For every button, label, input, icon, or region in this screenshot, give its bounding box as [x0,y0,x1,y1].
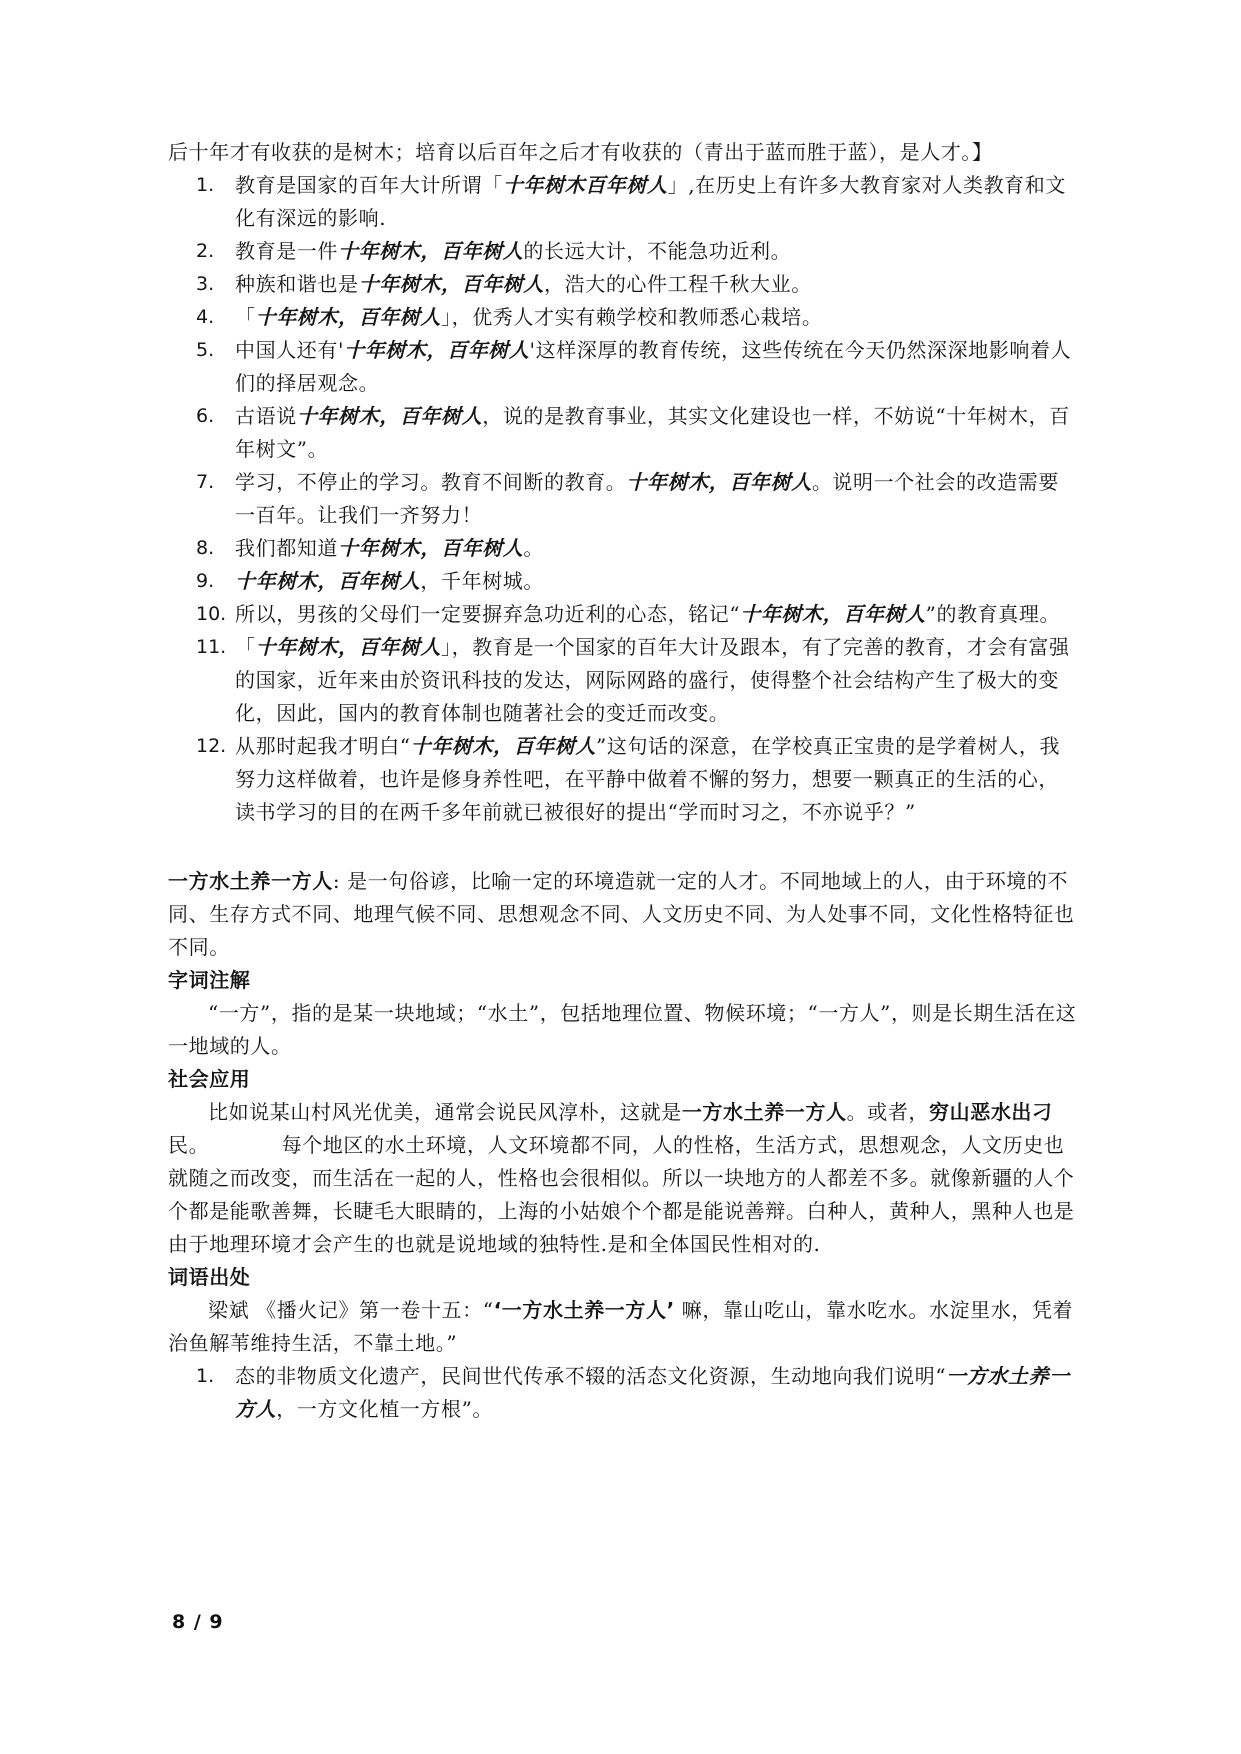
text-run: 态的非物质文化遗产，民间世代传承不辍的活态文化资源，生动地向我们说明“ [235,1364,946,1388]
text-run: ，浩大的心件工程千秋大业。 [544,272,812,296]
social-usage-paragraph: 比如说某山村风光优美，通常会说民风淳朴，这就是一方水土养一方人。或者，穷山恶水出… [168,1096,1078,1261]
list-item-text: 「十年树木，百年树人」，优秀人才实有赖学校和教师悉心栽培。 [235,305,822,329]
text-run: 十年树木，百年树人 [344,338,529,362]
tree-quote-list: 1.教育是国家的百年大计所谓「十年树木百年树人」,在历史上有许多大教育家对人类教… [168,169,1078,829]
text-run: 的长远大计，不能急功近利。 [523,239,791,263]
text-run: 十年树木，百年树人 [359,272,544,296]
list-item: 10.所以，男孩的父母们一定要摒弃急功近利的心态，铭记“十年树木，百年树人”的教… [168,598,1078,631]
list-item-text: 种族和谐也是十年树木，百年树人，浩大的心件工程千秋大业。 [235,272,812,296]
text-run: 学习，不停止的学习。教育不间断的教育。 [235,470,626,494]
text-run: 民。 每个地区的水土环境，人文环境都不同，人的性格，生活方式，思想观念，人文历史… [168,1133,1074,1256]
phrase-origin-paragraph: 梁斌 《播火记》第一卷十五：“‘一方水土养一方人’ 嘛，靠山吃山，靠水吃水。水淀… [168,1294,1078,1360]
list-item: 9.十年树木，百年树人，千年树城。 [168,565,1078,598]
list-item: 4.「十年树木，百年树人」，优秀人才实有赖学校和教师悉心栽培。 [168,301,1078,334]
text-run: ，一方文化植一方根”。 [276,1397,493,1421]
text-run: 中国人还有' [235,338,344,362]
list-item-number: 8. [196,532,214,565]
text-run: 所以，男孩的父母们一定要摒弃急功近利的心态，铭记“ [235,602,740,626]
text-run: 。或者， [847,1100,929,1124]
list-item-text: 从那时起我才明白“十年树木，百年树人”这句话的深意，在学校真正宝贵的是学着树人，… [235,734,1060,824]
list-item: 11.「十年树木，百年树人」，教育是一个国家的百年大计及跟本，有了完善的教育，才… [168,631,1078,730]
text-run: “一方”，指的是某一块地域；“水土”，包括地理位置、物候环境；“一方人”，则是长… [168,1001,1076,1058]
list-item-text: 学习，不停止的学习。教育不间断的教育。十年树木，百年树人。说明一个社会的改造需要… [235,470,1059,527]
list-item-number: 7. [196,466,214,499]
text-run: ‘一方水土养一方人’ [494,1298,675,1322]
list-item-number: 5. [196,334,214,367]
word-annotation-paragraph: “一方”，指的是某一块地域；“水土”，包括地理位置、物候环境；“一方人”，则是长… [168,997,1078,1063]
heading-phrase-origin: 词语出处 [168,1261,1078,1294]
text-run: 十年树木，百年树人 [256,635,441,659]
shuitu-definition-paragraph: 一方水土养一方人: 是一句俗谚，比喻一定的环境造就一定的人才。不同地域上的人，由… [168,865,1078,964]
text-run: 后十年才有收获的是树木；培育以后百年之后才有收获的（青出于蓝而胜于蓝），是人才。… [168,140,993,164]
list-item: 8.我们都知道十年树木，百年树人。 [168,532,1078,565]
text-run: 十年树木，百年树人 [411,734,596,758]
text-run: 一方水土养一方人 [682,1100,847,1124]
text-run: 种族和谐也是 [235,272,359,296]
list-item: 3.种族和谐也是十年树木，百年树人，浩大的心件工程千秋大业。 [168,268,1078,301]
text-run: 十年树木百年树人 [503,173,668,197]
list-item: 2.教育是一件十年树木，百年树人的长远大计，不能急功近利。 [168,235,1078,268]
text-run: 从那时起我才明白“ [235,734,411,758]
phrase-origin-list: 1.态的非物质文化遗产，民间世代传承不辍的活态文化资源，生动地向我们说明“一方水… [168,1360,1078,1426]
text-run: 「 [235,635,256,659]
list-item-text: 我们都知道十年树木，百年树人。 [235,536,544,560]
list-item-text: 十年树木，百年树人，千年树城。 [235,569,544,593]
text-run: ，千年树城。 [420,569,544,593]
list-item: 5.中国人还有'十年树木，百年树人'这样深厚的教育传统，这些传统在今天仍然深深地… [168,334,1078,400]
text-run: 十年树木，百年树人 [256,305,441,329]
list-item-text: 「十年树木，百年树人」，教育是一个国家的百年大计及跟本，有了完善的教育，才会有富… [235,635,1070,725]
list-item-number: 3. [196,268,214,301]
list-item: 1.教育是国家的百年大计所谓「十年树木百年树人」,在历史上有许多大教育家对人类教… [168,169,1078,235]
text-run: 比如说某山村风光优美，通常会说民风淳朴，这就是 [208,1100,682,1124]
text-run: 」，优秀人才实有赖学校和教师悉心栽培。 [441,305,822,329]
text-run: 我们都知道 [235,536,338,560]
heading-social-usage: 社会应用 [168,1063,1078,1096]
list-item-number: 10. [196,598,226,631]
list-item-number: 11. [196,631,226,664]
list-item-text: 态的非物质文化遗产，民间世代传承不辍的活态文化资源，生动地向我们说明“一方水土养… [235,1364,1070,1421]
text-run: 十年树木，百年树人 [338,536,523,560]
list-item-number: 4. [196,301,214,334]
text-run: 「 [235,305,256,329]
list-item: 1.态的非物质文化遗产，民间世代传承不辍的活态文化资源，生动地向我们说明“一方水… [168,1360,1078,1426]
list-item-text: 古语说十年树木，百年树人，说的是教育事业，其实文化建设也一样，不妨说“十年树木，… [235,404,1070,461]
text-run: 十年树木，百年树人 [235,569,420,593]
text-run: 十年树木，百年树人 [740,602,925,626]
list-item-number: 6. [196,400,214,433]
list-item: 7.学习，不停止的学习。教育不间断的教育。十年树木，百年树人。说明一个社会的改造… [168,466,1078,532]
text-run: 教育是国家的百年大计所谓「 [235,173,503,197]
text-run: 十年树木，百年树人 [297,404,482,428]
text-run: 十年树木，百年树人 [338,239,523,263]
list-item: 6.古语说十年树木，百年树人，说的是教育事业，其实文化建设也一样，不妨说“十年树… [168,400,1078,466]
list-item: 12.从那时起我才明白“十年树木，百年树人”这句话的深意，在学校真正宝贵的是学着… [168,730,1078,829]
list-item-number: 9. [196,565,214,598]
document-page: 后十年才有收获的是树木；培育以后百年之后才有收获的（青出于蓝而胜于蓝），是人才。… [0,0,1241,1754]
text-run: 穷山恶水出刁 [929,1100,1053,1124]
text-run: 。 [523,536,544,560]
list-item-number: 1. [196,169,214,202]
list-item-text: 教育是国家的百年大计所谓「十年树木百年树人」,在历史上有许多大教育家对人类教育和… [235,173,1066,230]
intro-paragraph: 后十年才有收获的是树木；培育以后百年之后才有收获的（青出于蓝而胜于蓝），是人才。… [168,136,1078,169]
list-item-text: 教育是一件十年树木，百年树人的长远大计，不能急功近利。 [235,239,791,263]
list-item-text: 所以，男孩的父母们一定要摒弃急功近利的心态，铭记“十年树木，百年树人”的教育真理… [235,602,1060,626]
text-run: 教育是一件 [235,239,338,263]
text-run: 一方水土养一方人 [168,869,333,893]
heading-word-annotation: 字词注解 [168,964,1078,997]
text-run: 十年树木，百年树人 [626,470,811,494]
list-item-number: 2. [196,235,214,268]
text-run: 古语说 [235,404,297,428]
list-item-number: 1. [196,1360,214,1393]
page-number: 8 / 9 [172,1606,224,1639]
text-run: ”的教育真理。 [926,602,1060,626]
list-item-number: 12. [196,730,226,763]
list-item-text: 中国人还有'十年树木，百年树人'这样深厚的教育传统，这些传统在今天仍然深深地影响… [235,338,1071,395]
text-run: 梁斌 《播火记》第一卷十五：“ [208,1298,494,1322]
